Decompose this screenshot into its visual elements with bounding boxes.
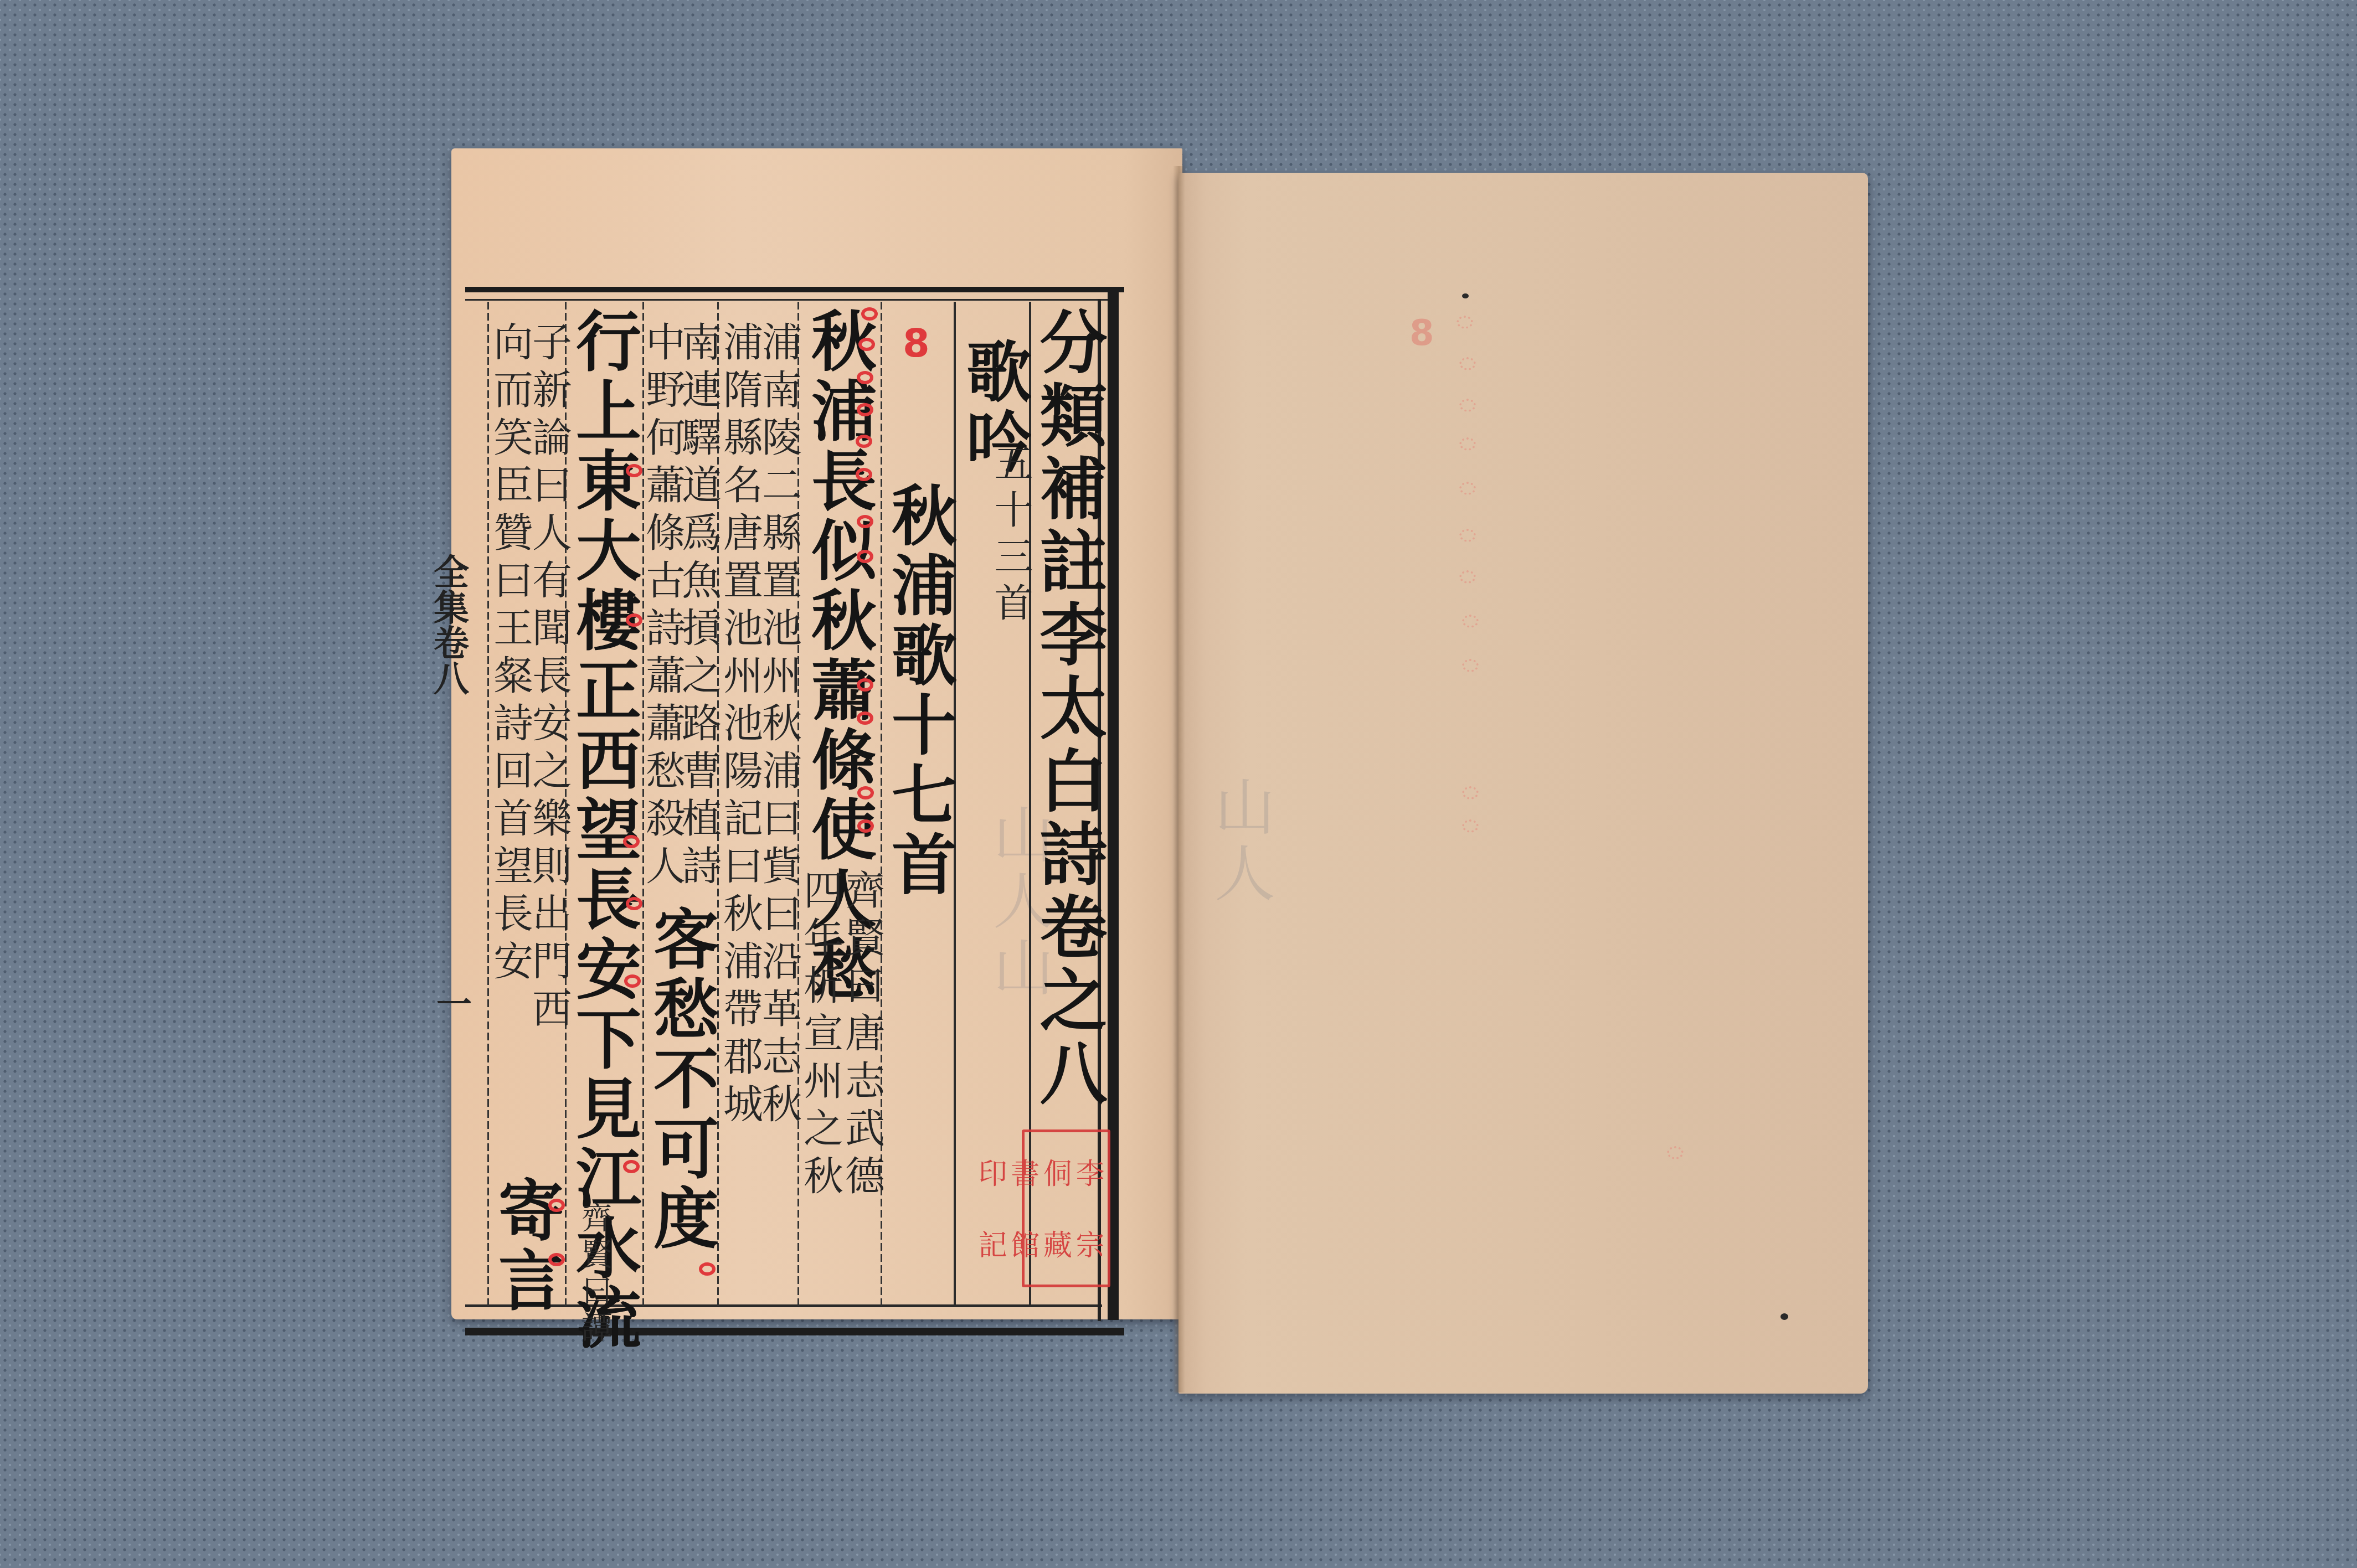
fold-margin-title: 全集卷八 xyxy=(446,554,474,914)
seal-char: 藏 xyxy=(1039,1210,1070,1280)
red-punctuation-circle xyxy=(857,371,873,384)
red-punctuation-circle xyxy=(623,835,640,848)
fold-margin-page-number: 一 xyxy=(449,986,476,1052)
faint-punctuation-circle xyxy=(1462,786,1479,800)
seal-char: 印 xyxy=(975,1138,1005,1208)
commentary-2: 浦南陵二縣置池州秋浦曰貲曰沿革志秋 xyxy=(759,321,799,1131)
red-punctuation-circle xyxy=(548,1199,565,1212)
red-punctuation-circle xyxy=(856,435,872,448)
red-punctuation-circle xyxy=(856,468,872,481)
paper-speck xyxy=(1462,293,1469,298)
red-punctuation-circle xyxy=(699,1262,716,1276)
red-punctuation-circle xyxy=(857,515,873,528)
red-punctuation-circle xyxy=(623,1160,640,1173)
red-punctuation-circle xyxy=(857,678,873,692)
commentary-1b: 四年析宣州之秋 xyxy=(800,869,840,1203)
commentary-6: 齊賢曰譚 xyxy=(579,1201,610,1348)
red-punctuation-circle xyxy=(548,1253,565,1266)
seal-char: 侗 xyxy=(1039,1138,1070,1208)
faint-punctuation-circle xyxy=(1457,316,1473,329)
book-spine-fold xyxy=(1173,166,1185,1392)
book-title: 分類補註李太白詩卷之八 xyxy=(1035,307,1102,1111)
seal-char: 記 xyxy=(975,1210,1005,1280)
faint-punctuation-circle xyxy=(1462,819,1479,833)
faint-punctuation-circle xyxy=(1459,357,1476,370)
commentary-5: 中野何蕭條古詩蕭蕭愁殺人 xyxy=(642,321,682,893)
red-punctuation-circle xyxy=(624,974,641,988)
red-punctuation-circle xyxy=(861,307,878,321)
red-punctuation-circle xyxy=(626,897,642,910)
red-punctuation-circle xyxy=(626,613,642,627)
seal-char: 李 xyxy=(1072,1138,1102,1208)
poem-line-4: 寄言 xyxy=(493,1177,558,1316)
collector-red-seal: 李 宗 侗 藏 書 館 印 記 xyxy=(1022,1129,1110,1287)
faint-punctuation-circle xyxy=(1459,570,1476,584)
faint-punctuation-circle xyxy=(1462,615,1479,628)
commentary-1a: 齊賢曰唐志武德 xyxy=(842,869,882,1203)
faint-punctuation-circle xyxy=(1459,482,1476,495)
show-through-text-right: 山人 xyxy=(1196,775,1284,908)
red-punctuation-circle xyxy=(857,550,873,563)
poem-line-2: 客愁不可度 xyxy=(648,905,713,1254)
commentary-3: 浦隋縣名唐置池州池陽記曰秋浦帶郡城 xyxy=(720,321,760,1131)
seal-char: 書 xyxy=(1007,1138,1037,1208)
poem-title: 秋浦歌十七首 xyxy=(886,482,951,900)
faint-double-circle-mark: 8 xyxy=(1409,316,1434,351)
red-punctuation-circle xyxy=(857,711,873,725)
frame-inner-top-rule xyxy=(465,299,1108,301)
section-count: 五十三首 xyxy=(991,443,1030,629)
seal-char: 館 xyxy=(1007,1210,1037,1280)
faint-punctuation-circle xyxy=(1459,529,1476,542)
commentary-7: 子新論曰人有聞長安之樂則出門西 xyxy=(529,321,569,1035)
paper-speck xyxy=(1780,1313,1788,1320)
faint-punctuation-circle xyxy=(1462,659,1479,672)
red-punctuation-circle xyxy=(858,338,875,351)
faint-punctuation-circle xyxy=(1459,437,1476,451)
seal-char: 宗 xyxy=(1072,1210,1102,1280)
faint-punctuation-circle xyxy=(1667,1146,1684,1159)
red-punctuation-circle xyxy=(857,403,873,416)
poem-line-3: 行上東大樓正西望長安下見江水流 xyxy=(570,307,636,1354)
red-punctuation-circle xyxy=(857,786,874,800)
red-punctuation-circle xyxy=(626,464,642,477)
red-double-circle-mark: 8 xyxy=(903,324,930,363)
red-punctuation-circle xyxy=(857,819,874,833)
commentary-8: 向而笑臣贊曰王粲詩回首望長安 xyxy=(490,321,530,988)
faint-punctuation-circle xyxy=(1459,399,1476,412)
